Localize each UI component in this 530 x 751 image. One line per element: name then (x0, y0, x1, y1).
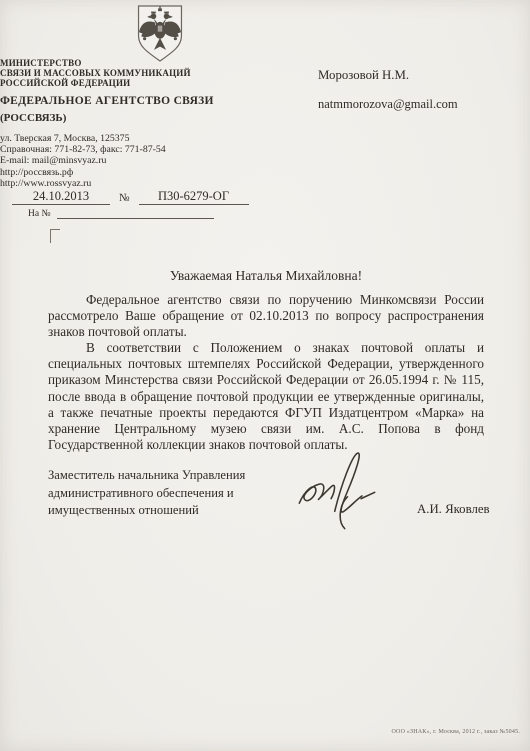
ministry-line3: РОССИЙСКОЙ ФЕДЕРАЦИИ (0, 78, 290, 88)
print-shop-imprint: ООО «ЗНАК», г. Москва, 2012 г., заказ №5… (392, 729, 521, 735)
postal-address: ул. Тверская 7, Москва, 125375 (0, 133, 290, 144)
body-paragraph-1: Федеральное агентство связи по поручению… (48, 292, 484, 340)
reference-line: На № (28, 209, 214, 219)
signer-title-line2: административного обеспечения и (48, 485, 298, 503)
phone-fax-line: Справочная: 771-82-73, факс: 771-87-54 (0, 144, 290, 155)
date-number-line: 24.10.2013 № П30-6279-ОГ (12, 189, 249, 205)
recipient-name: Морозовой Н.М. (318, 68, 409, 83)
signer-title-line1: Заместитель начальника Управления (48, 467, 298, 485)
website-line-1: http://россвязь.рф (0, 167, 290, 178)
corner-bracket-mark (50, 229, 60, 243)
salutation: Уважаемая Наталья Михайловна! (48, 268, 484, 284)
handwritten-signature-icon (292, 446, 392, 539)
ministry-name: МИНИСТЕРСТВО СВЯЗИ И МАССОВЫХ КОММУНИКАЦ… (0, 58, 290, 88)
letter-date: 24.10.2013 (12, 189, 110, 205)
agency-name: ФЕДЕРАЛЬНОЕ АГЕНТСТВО СВЯЗИ (0, 95, 290, 107)
body-paragraph-2: В соответствии с Положением о знаках поч… (48, 340, 484, 453)
letterhead-contacts: ул. Тверская 7, Москва, 125375 Справочна… (0, 133, 290, 189)
letter-number: П30-6279-ОГ (139, 189, 249, 205)
scanned-letter-page: МИНИСТЕРСТВО СВЯЗИ И МАССОВЫХ КОММУНИКАЦ… (0, 0, 530, 751)
signer-title-line3: имущественных отношений (48, 502, 298, 520)
number-sign: № (119, 192, 130, 205)
reference-blank-line (57, 218, 214, 219)
agency-short-name: (РОССВЯЗЬ) (0, 112, 290, 124)
recipient-email: natmmorozova@gmail.com (318, 97, 458, 112)
ministry-line2: СВЯЗИ И МАССОВЫХ КОММУНИКАЦИЙ (0, 68, 290, 78)
email-line: E-mail: mail@minsvyaz.ru (0, 155, 290, 166)
website-line-2: http://www.rossvyaz.ru (0, 178, 290, 189)
ministry-line1: МИНИСТЕРСТВО (0, 58, 290, 68)
signer-job-title: Заместитель начальника Управления админи… (48, 467, 298, 520)
signer-name: А.И. Яковлев (417, 502, 490, 517)
letter-body: Федеральное агентство связи по поручению… (48, 292, 484, 453)
reference-label: На № (28, 209, 51, 219)
